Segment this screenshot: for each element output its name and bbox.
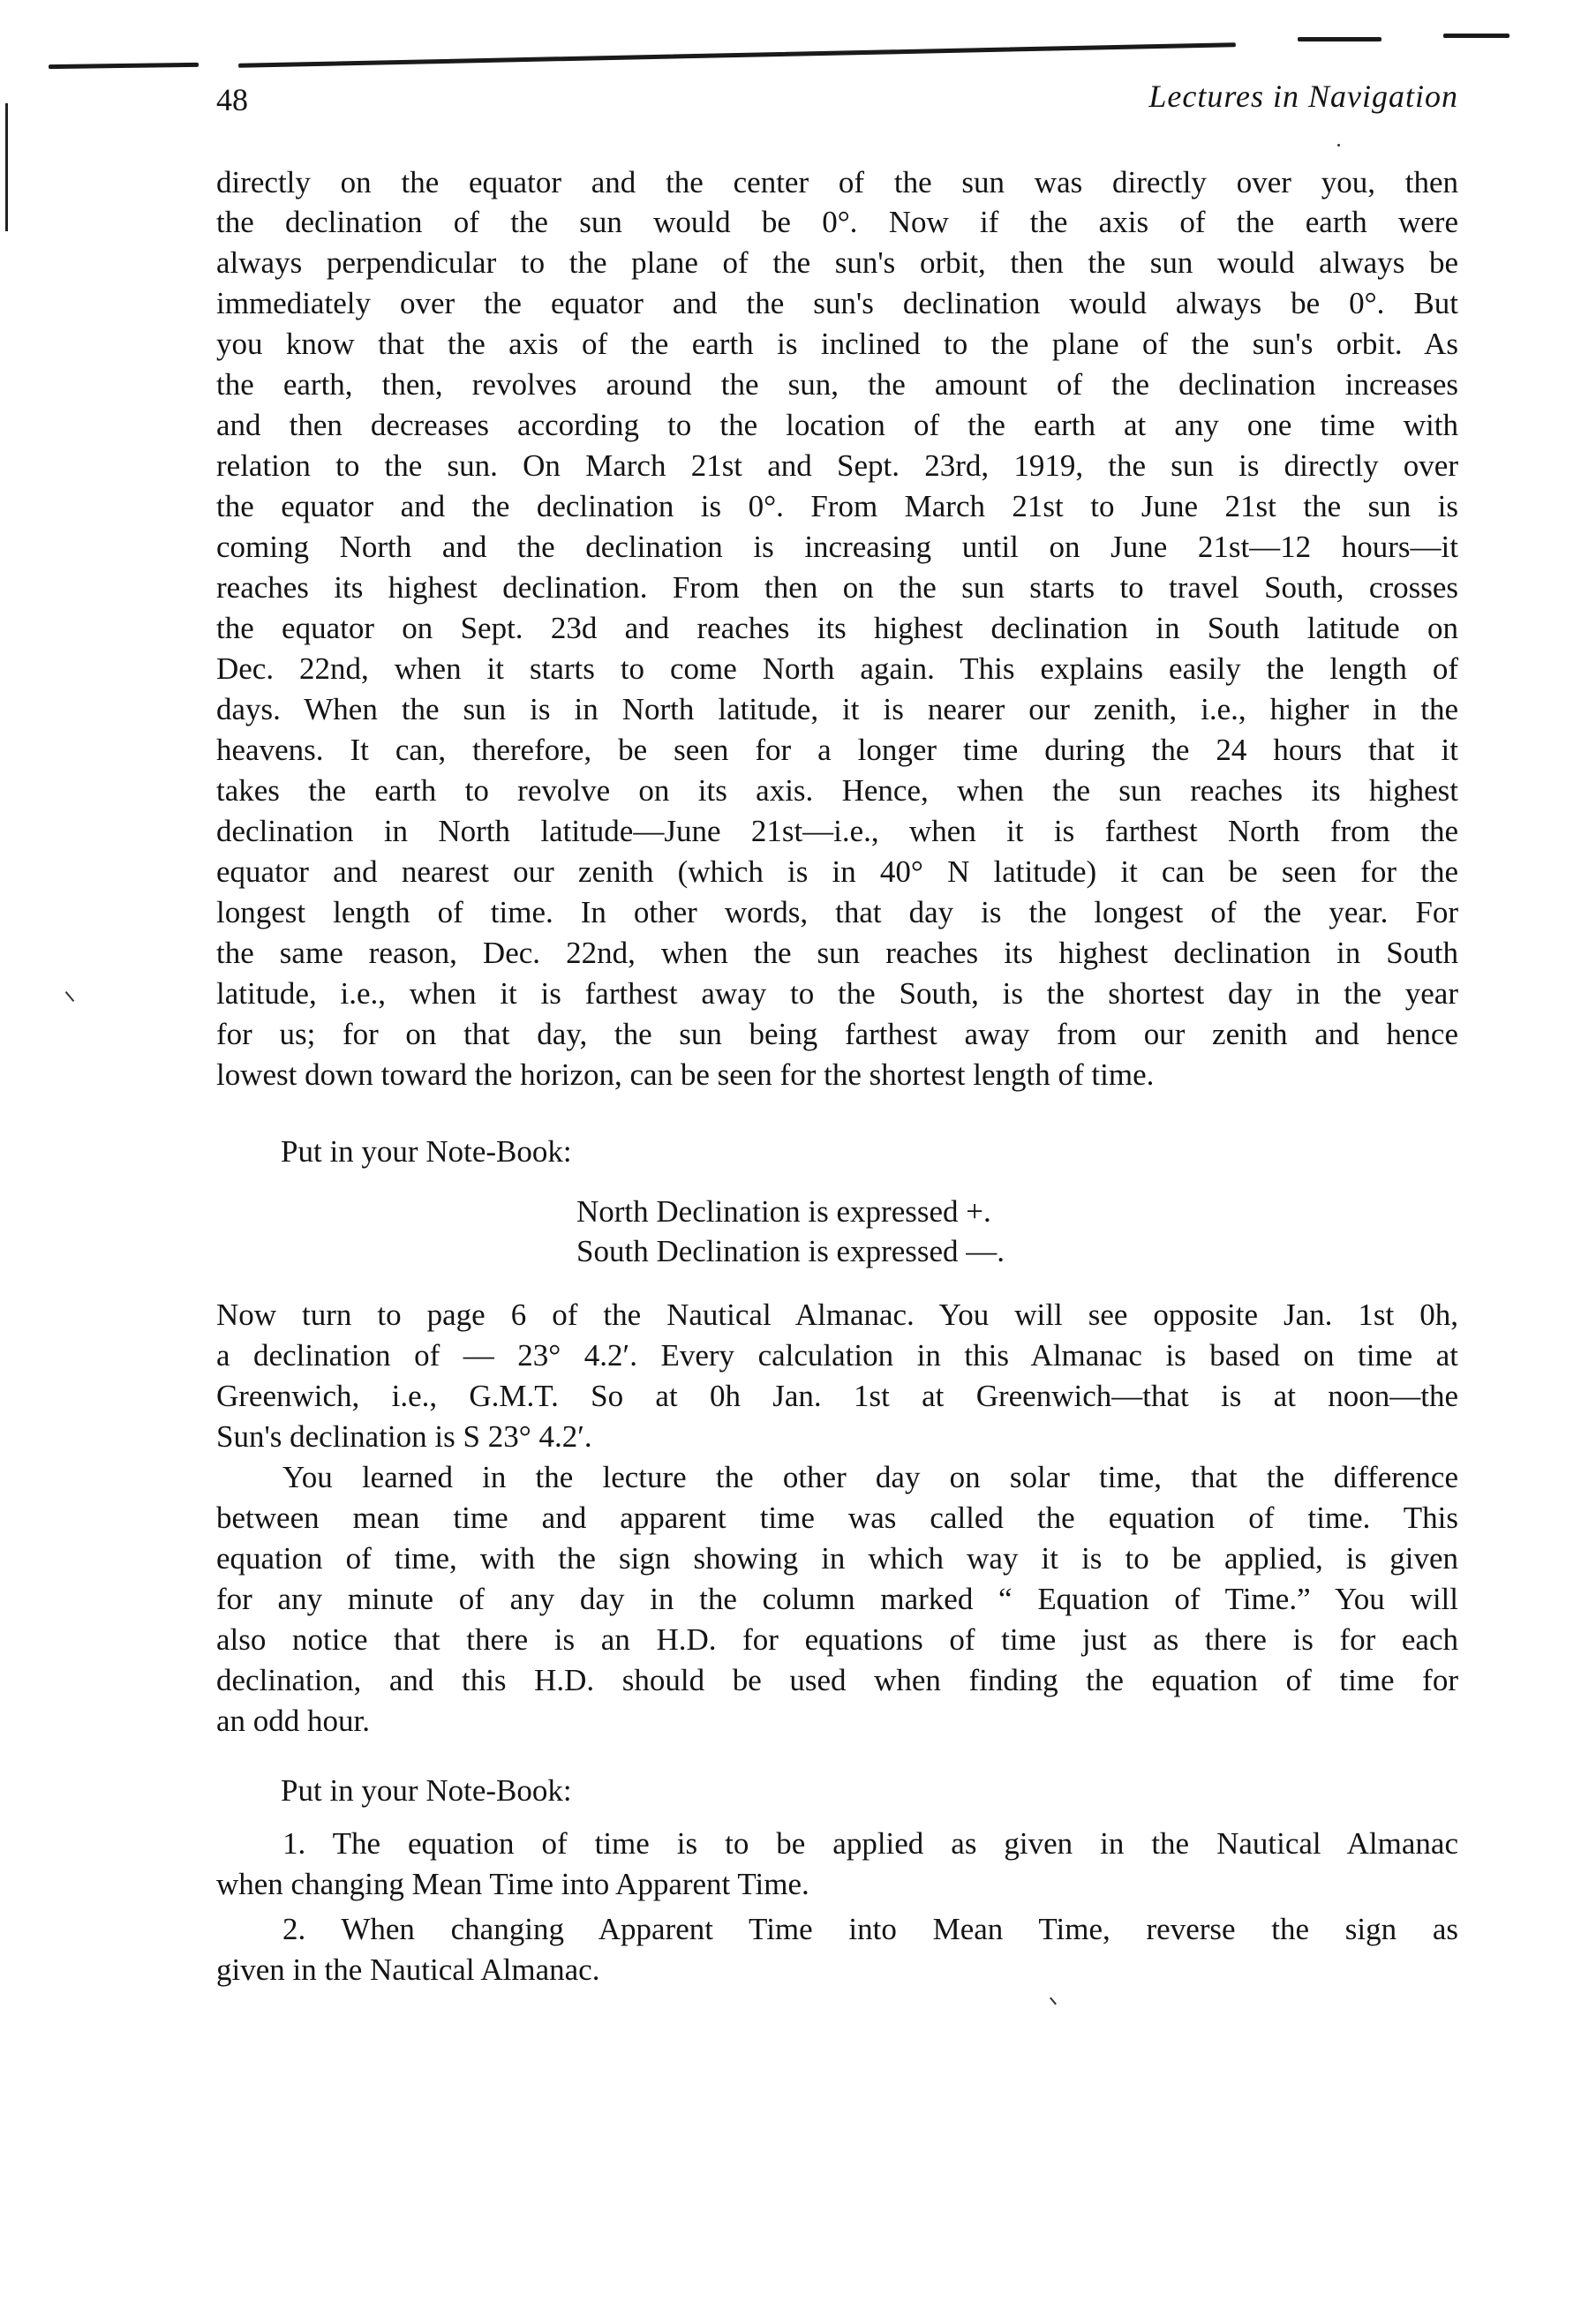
scan-edge-rule bbox=[1443, 34, 1509, 38]
scan-edge-rule bbox=[1298, 37, 1381, 41]
text-line: You learned in the lecture the other day… bbox=[282, 1457, 1458, 1497]
notebook-rule-south: South Declination is expressed —. bbox=[576, 1231, 1005, 1271]
text-line: an odd hour. bbox=[216, 1701, 1458, 1741]
text-line: the equator on Sept. 23d and reaches its… bbox=[216, 608, 1458, 648]
text-line: lowest down toward the horizon, can be s… bbox=[216, 1055, 1458, 1095]
notebook-item-1-cont: when changing Mean Time into Apparent Ti… bbox=[216, 1864, 1458, 1904]
text-line: the declination of the sun would be 0°. … bbox=[216, 202, 1458, 242]
notebook-rule-north: North Declination is expressed +. bbox=[576, 1192, 991, 1231]
text-line: the equator and the declination is 0°. F… bbox=[216, 486, 1458, 526]
text-line: immediately over the equator and the sun… bbox=[216, 283, 1458, 323]
margin-tick-mark bbox=[65, 991, 75, 1002]
scan-edge-rule bbox=[238, 42, 1236, 68]
text-line: days. When the sun is in North latitude,… bbox=[216, 689, 1458, 729]
text-line: a declination of — 23° 4.2′. Every calcu… bbox=[216, 1335, 1458, 1375]
text-line: Greenwich, i.e., G.M.T. So at 0h Jan. 1s… bbox=[216, 1376, 1458, 1416]
text-line: equator and nearest our zenith (which is… bbox=[216, 852, 1458, 891]
text-line: directly on the equator and the center o… bbox=[216, 162, 1458, 202]
text-line: latitude, i.e., when it is farthest away… bbox=[216, 974, 1458, 1013]
text-line: heavens. It can, therefore, be seen for … bbox=[216, 730, 1458, 770]
text-line: relation to the sun. On March 21st and S… bbox=[216, 446, 1458, 485]
notebook-heading: Put in your Note-Book: bbox=[281, 1771, 572, 1810]
text-line: for us; for on that day, the sun being f… bbox=[216, 1014, 1458, 1054]
text-line: also notice that there is an H.D. for eq… bbox=[216, 1620, 1458, 1659]
text-line: Now turn to page 6 of the Nautical Alman… bbox=[216, 1295, 1458, 1335]
text-line: declination in North latitude—June 21st—… bbox=[216, 811, 1458, 851]
text-line: declination, and this H.D. should be use… bbox=[216, 1660, 1458, 1700]
text-line: between mean time and apparent time was … bbox=[216, 1498, 1458, 1538]
text-line: reaches its highest declination. From th… bbox=[216, 568, 1458, 607]
text-line: the same reason, Dec. 22nd, when the sun… bbox=[216, 933, 1458, 973]
notebook-heading: Put in your Note-Book: bbox=[281, 1132, 572, 1171]
text-line: Dec. 22nd, when it starts to come North … bbox=[216, 649, 1458, 688]
notebook-item-2-cont: given in the Nautical Almanac. bbox=[216, 1950, 1458, 1990]
running-title: Lectures in Navigation bbox=[1148, 78, 1458, 115]
text-line: and then decreases according to the loca… bbox=[216, 405, 1458, 445]
notebook-item-1: 1. The equation of time is to be applied… bbox=[282, 1824, 1458, 1863]
text-line: the earth, then, revolves around the sun… bbox=[216, 365, 1458, 404]
page-number: 48 bbox=[216, 81, 248, 118]
text-line: equation of time, with the sign showing … bbox=[216, 1538, 1458, 1578]
text-line: Sun's declination is S 23° 4.2′. bbox=[216, 1417, 1458, 1456]
text-line: coming North and the declination is incr… bbox=[216, 527, 1458, 567]
stray-mark bbox=[1050, 1997, 1057, 2005]
text-line: you know that the axis of the earth is i… bbox=[216, 324, 1458, 364]
notebook-item-2: 2. When changing Apparent Time into Mean… bbox=[282, 1909, 1458, 1949]
text-line: longest length of time. In other words, … bbox=[216, 892, 1458, 932]
scan-margin-bar bbox=[5, 103, 8, 231]
text-line: always perpendicular to the plane of the… bbox=[216, 243, 1458, 282]
text-line: for any minute of any day in the column … bbox=[216, 1579, 1458, 1619]
stray-mark bbox=[1337, 144, 1340, 147]
scan-edge-rule bbox=[49, 63, 199, 69]
text-line: takes the earth to revolve on its axis. … bbox=[216, 771, 1458, 810]
